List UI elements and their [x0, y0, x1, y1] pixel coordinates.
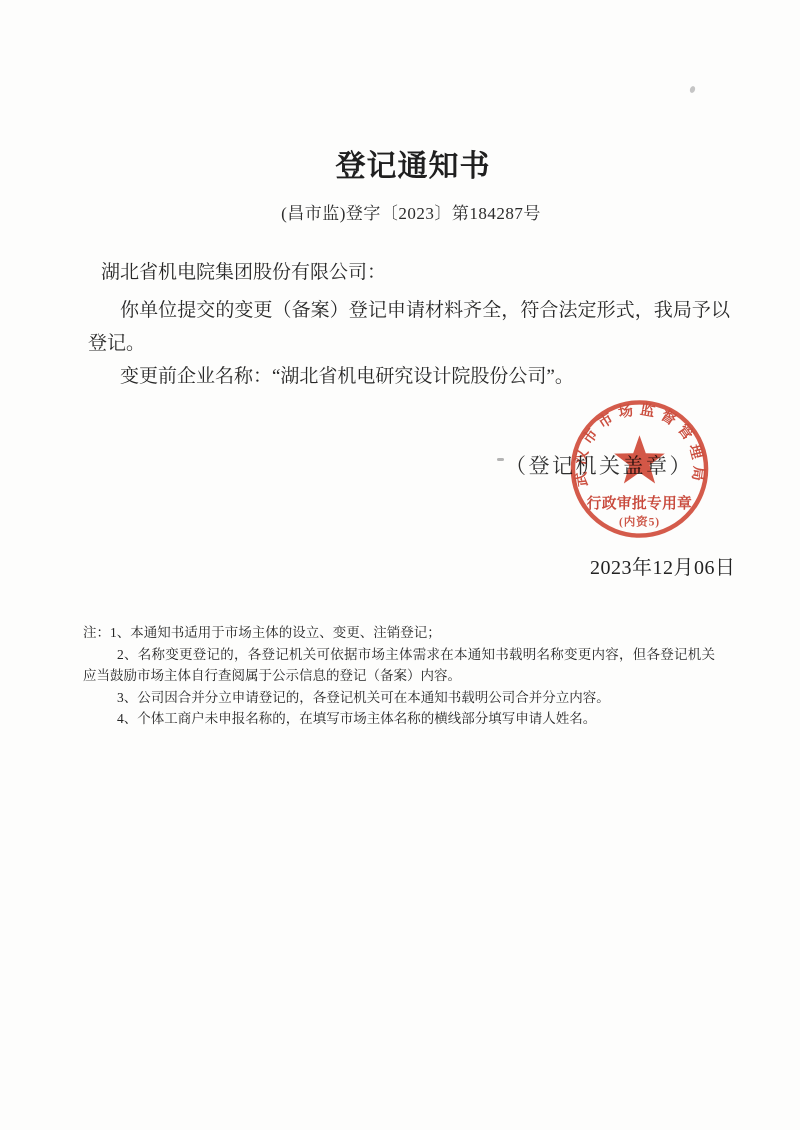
- scanned-notice-page: 登记通知书 (昌市监)登字〔2023〕第184287号 湖北省机电院集团股份有限…: [0, 0, 800, 1130]
- body-paragraph-former-name: 变更前企业名称：“湖北省机电研究设计院股份公司”。: [88, 360, 730, 393]
- note-item: 2、名称变更登记的，各登记机关可依据市场主体需求在本通知书载明名称变更内容，但各…: [83, 644, 715, 687]
- note-text: 1、本通知书适用于市场主体的设立、变更、注销登记；: [110, 625, 441, 640]
- scan-artifact: [497, 458, 504, 461]
- seal-number-text: (内资5): [619, 514, 660, 528]
- issue-date: 2023年12月06日: [590, 551, 736, 580]
- seal-title-text: 行政审批专用章: [587, 494, 692, 512]
- red-star-icon: [614, 435, 665, 483]
- official-seal: 武汉市市场监督管理局 行政审批专用章 (内资5): [563, 398, 716, 540]
- body-paragraph-approval: 你单位提交的变更（备案）登记申请材料齐全，符合法定形式，我局予以登记。: [88, 294, 730, 360]
- seal-graphic: 武汉市市场监督管理局 行政审批专用章 (内资5): [563, 398, 716, 540]
- notes-section: 注：1、本通知书适用于市场主体的设立、变更、注销登记； 2、名称变更登记的，各登…: [83, 622, 715, 730]
- note-item: 4、个体工商户未申报名称的，在填写市场主体名称的横线部分填写申请人姓名。: [83, 708, 715, 730]
- note-item: 注：1、本通知书适用于市场主体的设立、变更、注销登记；: [83, 622, 715, 644]
- notes-label: 注：: [83, 625, 110, 640]
- addressee-line: 湖北省机电院集团股份有限公司：: [101, 257, 386, 284]
- note-item: 3、公司因合并分立申请登记的，各登记机关可在本通知书载明公司合并分立内容。: [83, 687, 715, 709]
- document-number: (昌市监)登字〔2023〕第184287号: [11, 199, 800, 224]
- document-title: 登记通知书: [13, 141, 800, 185]
- scan-artifact: [689, 85, 696, 93]
